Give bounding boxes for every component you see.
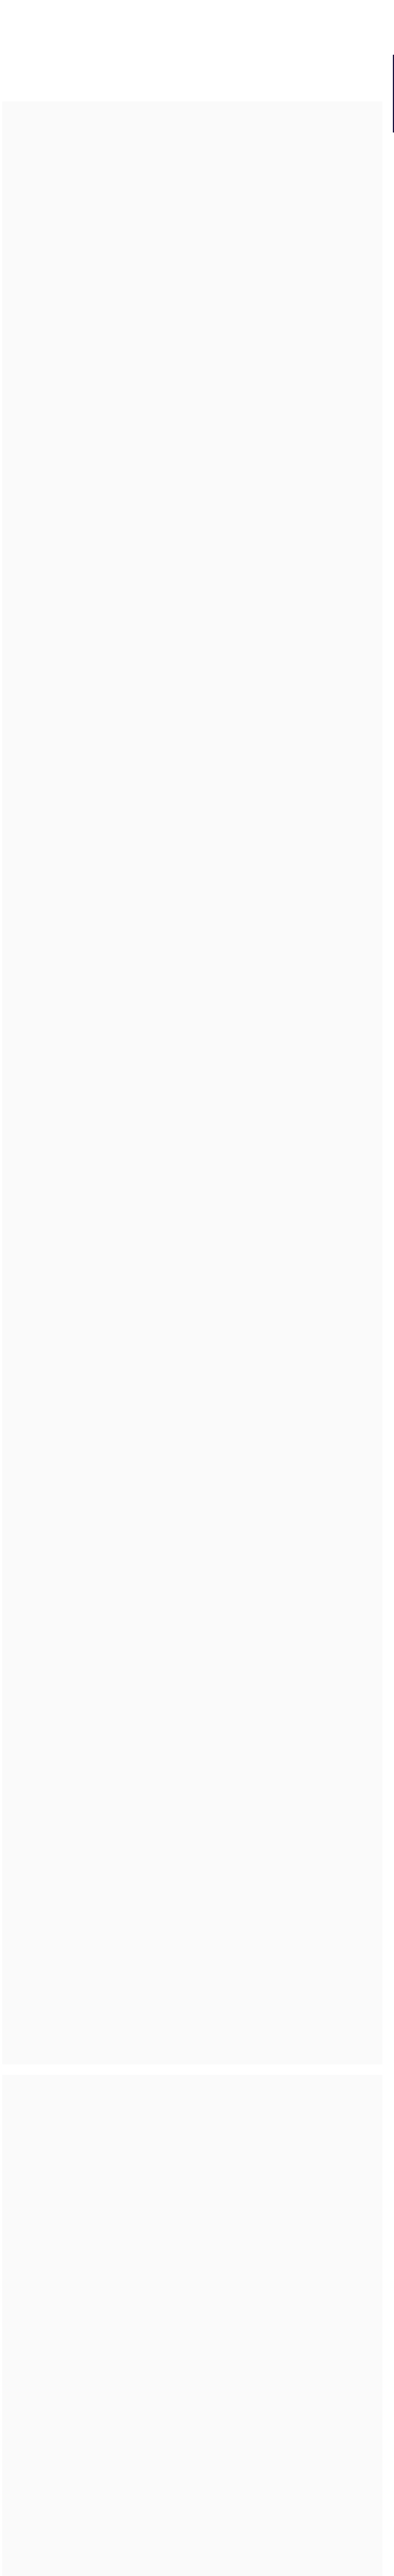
content-panel: [2, 101, 382, 2064]
content-panel-continued: [2, 2075, 382, 2576]
exam-header: [0, 0, 394, 101]
